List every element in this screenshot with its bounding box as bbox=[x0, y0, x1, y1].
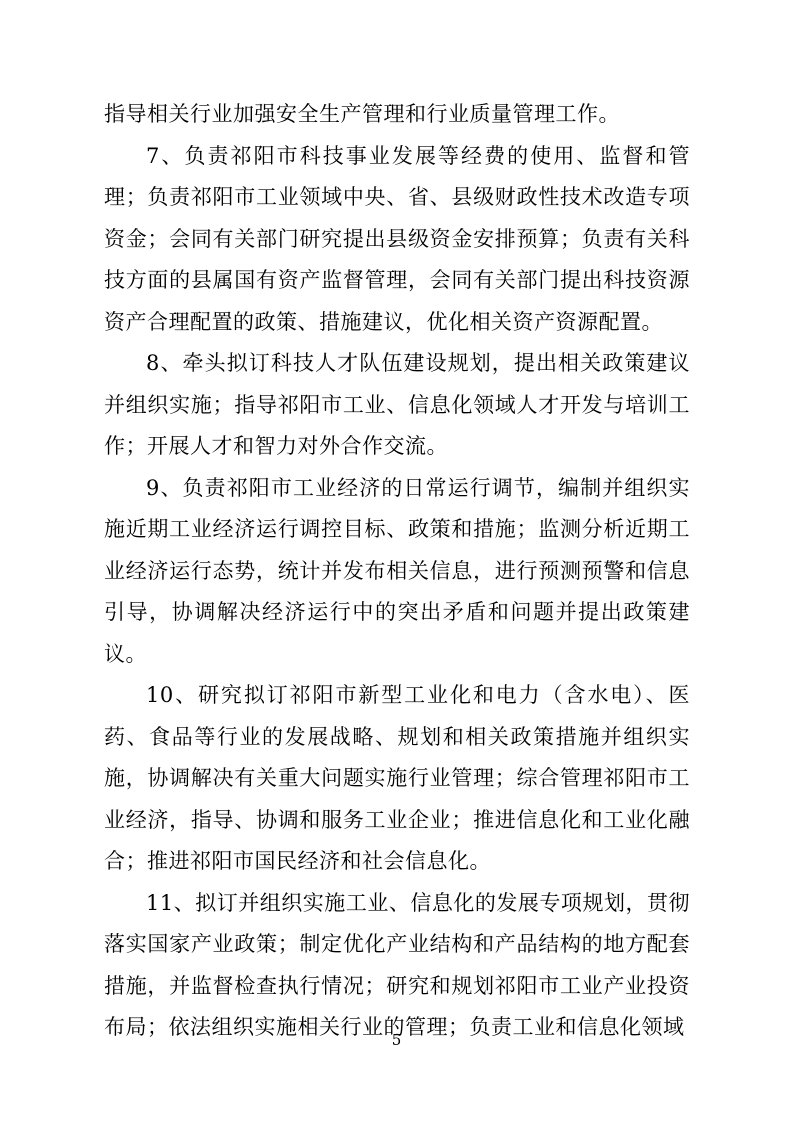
paragraph-item-11: 11、拟订并组织实施工业、信息化的发展专项规划，贯彻落实国家产业政策；制定优化产… bbox=[104, 883, 690, 1049]
paragraph-item-10: 10、研究拟订祁阳市新型工业化和电力（含水电）、医药、食品等行业的发展战略、规划… bbox=[104, 675, 690, 883]
paragraph-item-9: 9、负责祁阳市工业经济的日常运行调节，编制并组织实施近期工业经济运行调控目标、政… bbox=[104, 468, 690, 676]
document-page: 指导相关行业加强安全生产管理和行业质量管理工作。 7、负责祁阳市科技事业发展等经… bbox=[0, 0, 793, 1122]
paragraph-item-7: 7、负责祁阳市科技事业发展等经费的使用、监督和管理；负责祁阳市工业领域中央、省、… bbox=[104, 136, 690, 344]
page-number: 5 bbox=[392, 1031, 402, 1049]
page-footer: 5 bbox=[0, 1030, 793, 1050]
paragraph-item-8: 8、牵头拟订科技人才队伍建设规划，提出相关政策建议并组织实施；指导祁阳市工业、信… bbox=[104, 343, 690, 468]
document-body: 指导相关行业加强安全生产管理和行业质量管理工作。 7、负责祁阳市科技事业发展等经… bbox=[104, 94, 690, 1049]
paragraph-continuation: 指导相关行业加强安全生产管理和行业质量管理工作。 bbox=[104, 94, 690, 136]
